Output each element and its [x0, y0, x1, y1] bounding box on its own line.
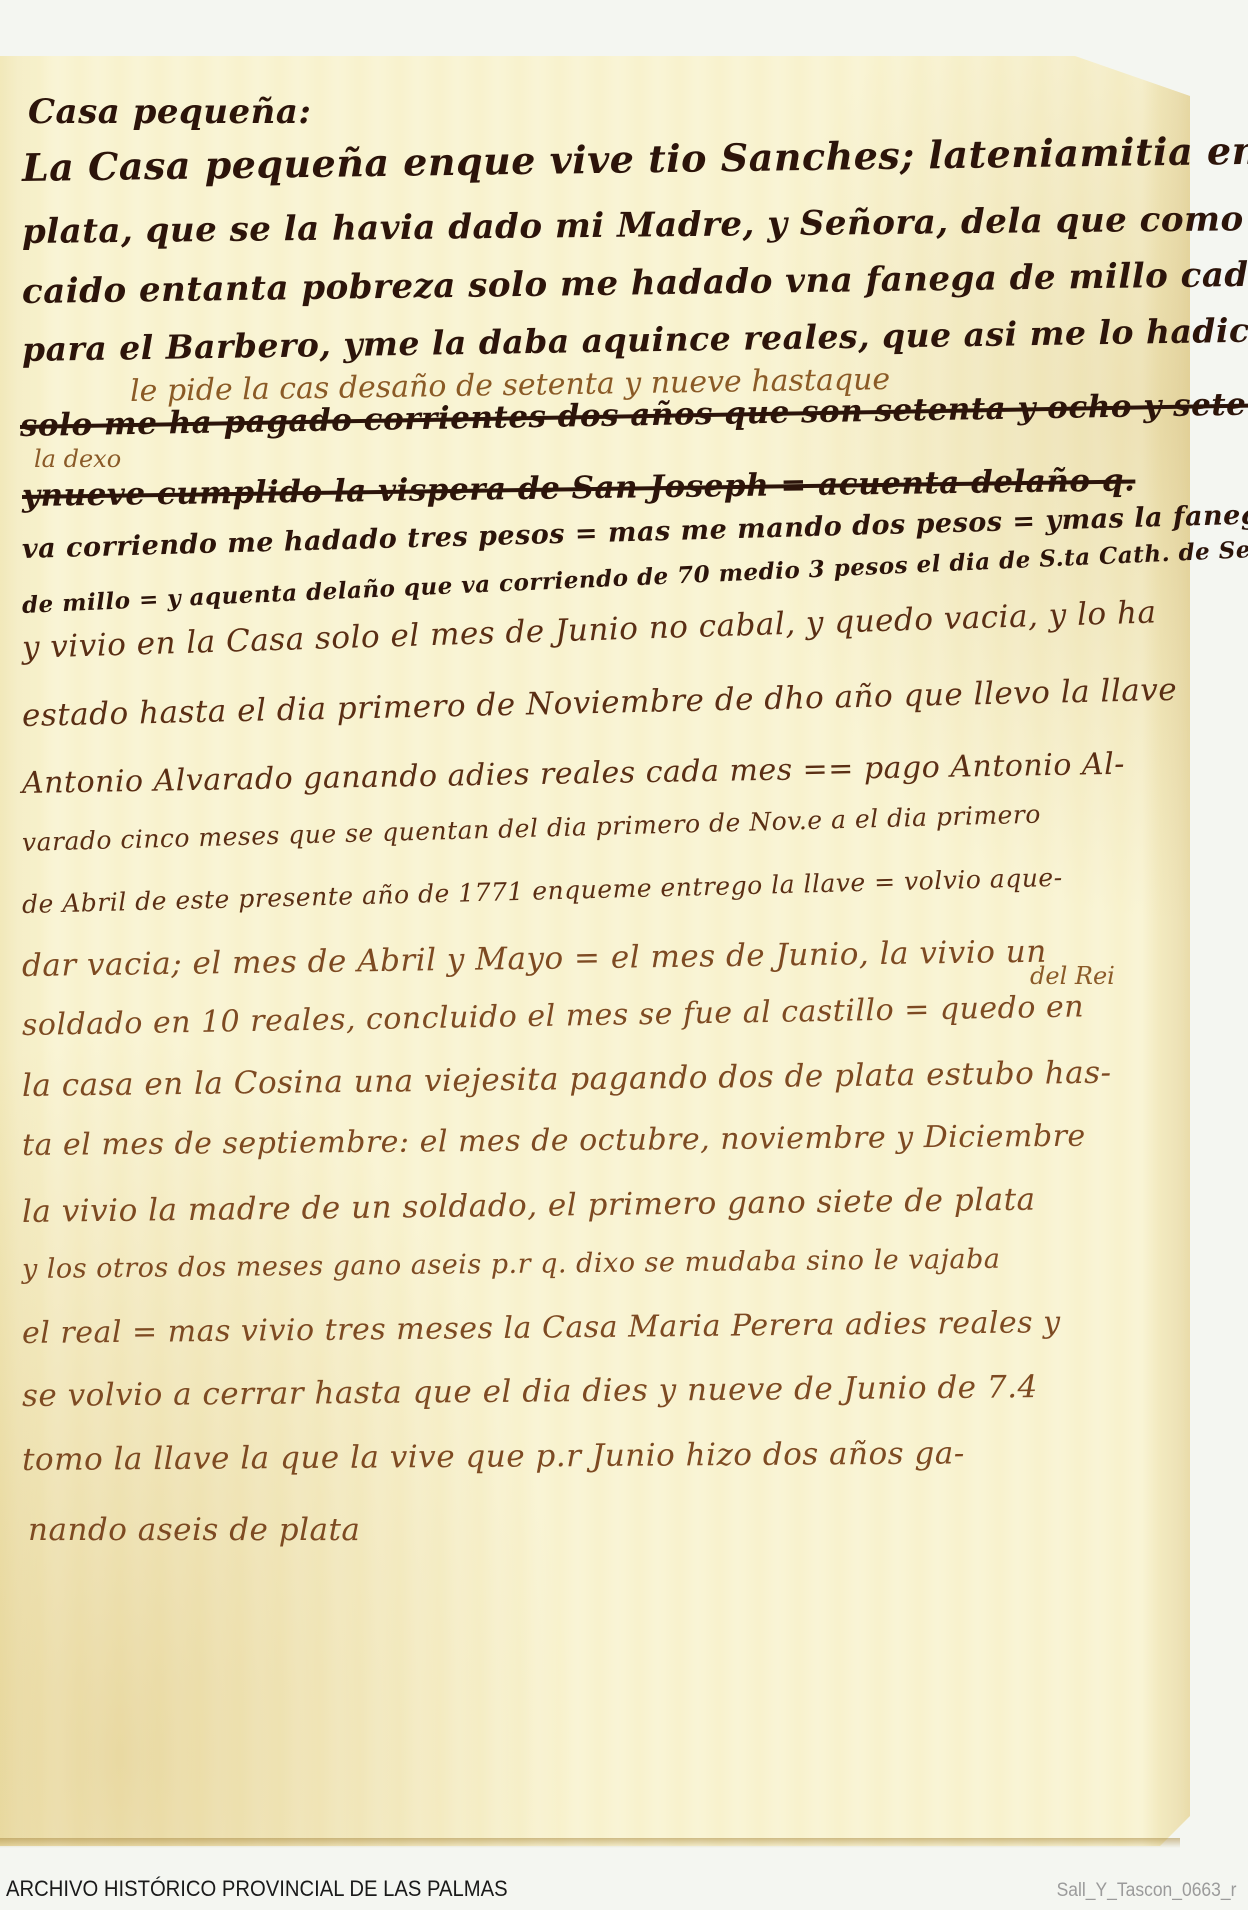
manuscript-line: y los otros dos meses gano aseis p.r q. …: [22, 1244, 1001, 1285]
manuscript-line: caido entanta pobreza solo me hadado vna…: [22, 253, 1248, 312]
archive-name: ARCHIVO HISTÓRICO PROVINCIAL DE LAS PALM…: [6, 1876, 508, 1902]
manuscript-line: La Casa pequeña enque vive tio Sanches; …: [22, 125, 1248, 190]
manuscript-text: Casa pequeña: La Casa pequeña enque vive…: [0, 0, 1248, 1840]
manuscript-line: tomo la llave la que la vive que p.r Jun…: [22, 1435, 965, 1478]
interlinear-insert: del Rei: [1030, 962, 1115, 990]
manuscript-line: estado hasta el dia primero de Noviembre…: [22, 672, 1178, 734]
manuscript-line: plata, que se la havia dado mi Madre, y …: [22, 198, 1248, 252]
manuscript-line: se volvio a cerrar hasta que el dia dies…: [22, 1369, 1038, 1414]
manuscript-line: Antonio Alvarado ganando adies reales ca…: [22, 747, 1125, 801]
manuscript-line: la vivio la madre de un soldado, el prim…: [22, 1182, 1036, 1230]
manuscript-line-struck: ynueve cumplido la vispera de San Joseph…: [22, 462, 1136, 514]
manuscript-line: la casa en la Cosina una viejesita pagan…: [22, 1055, 1112, 1104]
manuscript-line: nando aseis de plata: [28, 1512, 360, 1548]
heading: Casa pequeña:: [28, 92, 311, 132]
image-code: Sall_Y_Tascon_0663_r: [1056, 1880, 1236, 1902]
interlinear-insert: la dexo: [34, 445, 121, 473]
manuscript-line: ta el mes de septiembre: el mes de octub…: [22, 1119, 1086, 1163]
manuscript-line: varado cinco meses que se quentan del di…: [22, 800, 1042, 857]
manuscript-line: de Abril de este presente año de 1771 en…: [22, 863, 1063, 919]
manuscript-line: soldado en 10 reales, concluido el mes s…: [22, 989, 1085, 1043]
manuscript-line: para el Barbero, yme la daba aquince rea…: [22, 309, 1248, 369]
manuscript-line: el real = mas vivio tres meses la Casa M…: [22, 1305, 1061, 1351]
manuscript-line: dar vacia; el mes de Abril y Mayo = el m…: [22, 934, 1047, 984]
